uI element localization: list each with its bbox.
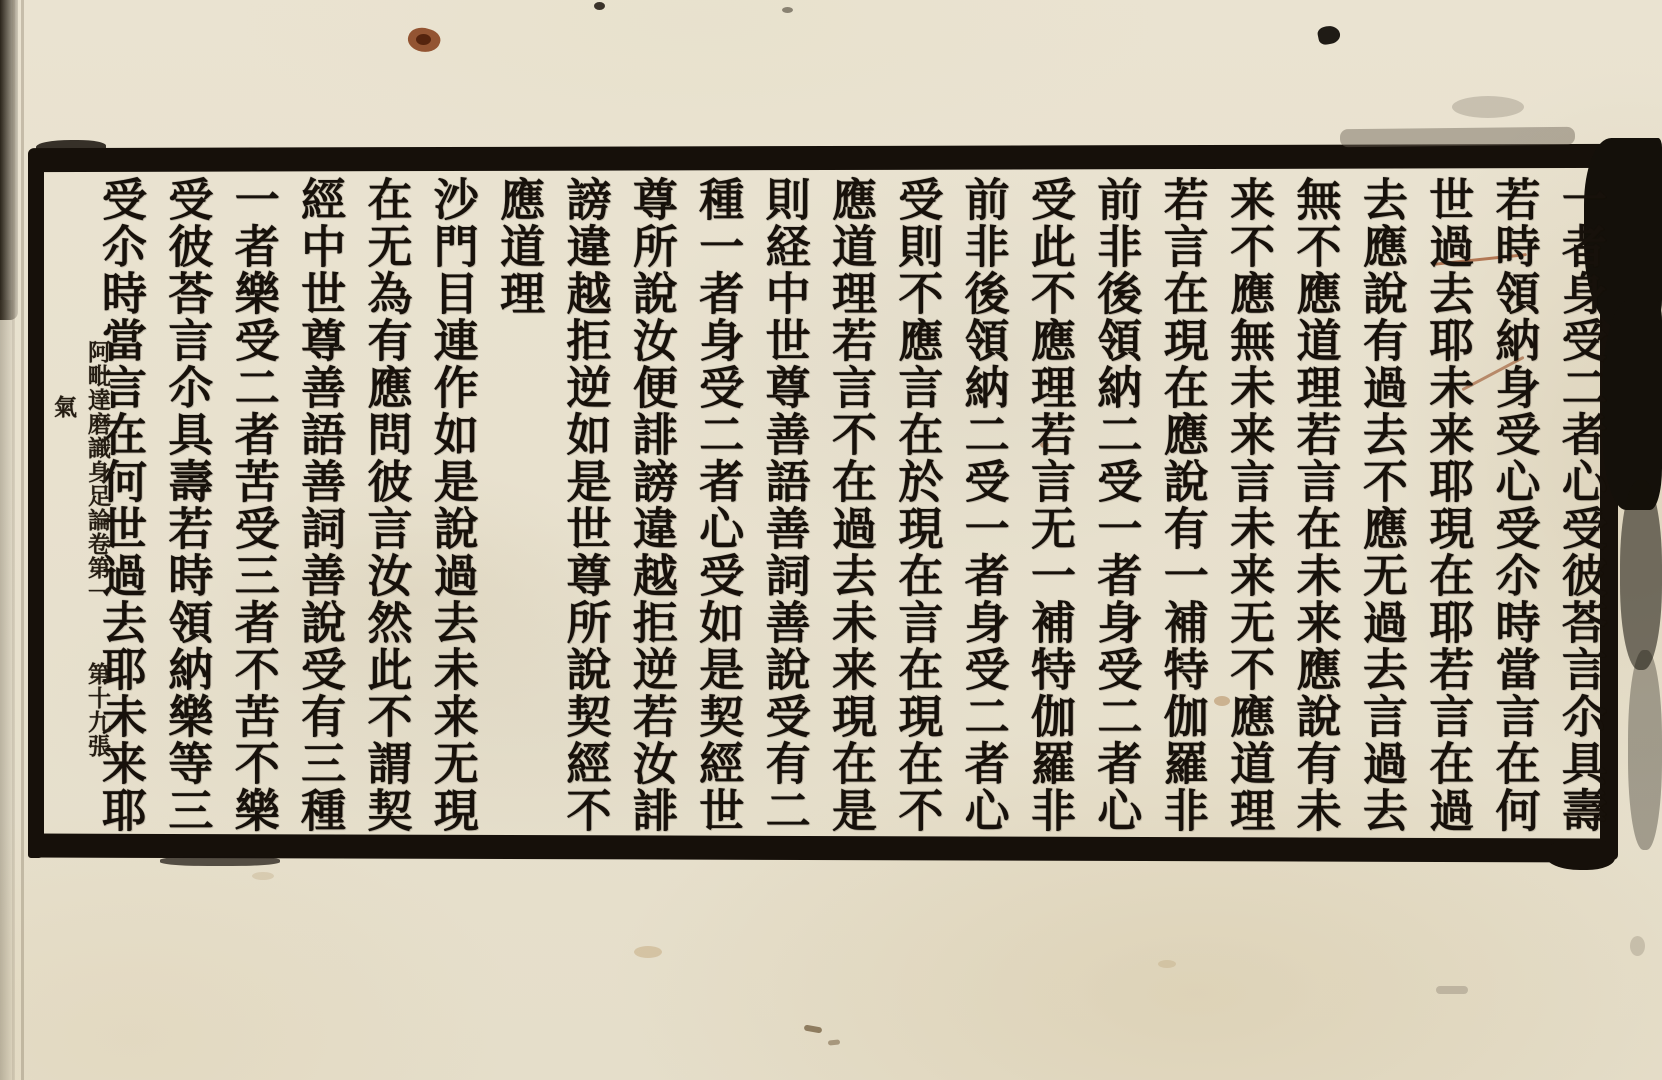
frame-border-lump xyxy=(36,140,106,154)
text-column-15: 尊所說汝便誹謗違越拒逆若汝誹 xyxy=(623,176,679,838)
ink-speck xyxy=(782,7,793,13)
text-column-10: 前非後領納二受一者身受二者心 xyxy=(955,176,1011,838)
text-column-8: 前非後領納二受一者身受二者心 xyxy=(1087,176,1143,838)
ink-speck xyxy=(1316,24,1341,46)
paper-crease xyxy=(12,0,15,1080)
frame-border-top xyxy=(28,144,1620,172)
frame-border-lump xyxy=(1545,840,1615,870)
ink-blotch xyxy=(1628,650,1662,850)
text-column-4: 去應說有過去不應无過去言過去 xyxy=(1353,176,1409,838)
text-column-22: 受彼荅言尒具壽若時領納樂等三 xyxy=(158,176,214,838)
ink-dash xyxy=(1630,936,1645,956)
text-column-6: 来不應無未来言未来无不應道理 xyxy=(1220,176,1276,838)
text-column-7: 若言在現在應說有一補特伽羅非 xyxy=(1154,176,1210,838)
colophon-column: 阿毗達磨識身足論卷第一 第十九張 氣 xyxy=(46,340,114,840)
text-column-12: 應道理若言不在過去未来現在是 xyxy=(822,176,878,838)
text-column-9: 受此不應理若言无一補特伽羅非 xyxy=(1021,176,1077,838)
text-column-2: 若時領納身受心受尒時當言在何 xyxy=(1486,176,1542,838)
text-column-19: 在无為有應問彼言汝然此不謂契 xyxy=(357,176,413,838)
ink-smudge xyxy=(1340,127,1575,147)
ink-dash xyxy=(804,1024,823,1033)
text-column-14: 種一者身受二者心受如是契經世 xyxy=(689,176,745,838)
ink-speck xyxy=(594,2,605,10)
text-column-21: 一者樂受二者苦受三者不苦不樂 xyxy=(225,176,281,838)
ink-blotch xyxy=(1620,480,1662,670)
book-title: 阿毗達磨識身足論卷第一 xyxy=(84,340,111,604)
red-ink-spot-core xyxy=(416,34,431,45)
ink-smudge xyxy=(1452,96,1524,118)
paper-crease xyxy=(21,0,24,1080)
collation-mark: 氣 xyxy=(50,395,77,419)
sheet-number: 第十九張 xyxy=(84,662,111,758)
paper-stain xyxy=(1158,960,1176,968)
text-column-5: 無不應道理若言在未来應說有未 xyxy=(1286,176,1342,838)
ink-dash xyxy=(1436,986,1468,994)
text-column-3: 世過去耶未来耶現在耶若言在過 xyxy=(1419,176,1475,838)
frame-border-lump xyxy=(160,856,280,866)
paper-sheet: 一者身受二者心受彼荅言尒具壽 若時領納身受心受尒時當言在何 世過去耶未来耶現在耶… xyxy=(0,0,1662,1080)
text-column-18: 沙門目連作如是說過去未来无現 xyxy=(424,176,480,838)
paper-stain xyxy=(634,946,662,958)
ink-dash xyxy=(828,1039,840,1045)
text-column-16: 謗違越拒逆如是世尊所說契經不 xyxy=(557,176,613,838)
page-edge-shadow-top xyxy=(0,0,18,320)
text-column-1: 一者身受二者心受彼荅言尒具壽 xyxy=(1552,176,1608,838)
ink-blotch xyxy=(1602,300,1662,510)
paper-stain xyxy=(252,872,274,880)
frame-border-left xyxy=(28,150,44,858)
text-column-20: 經中世尊善語善詞善說受有三種 xyxy=(291,176,347,838)
sutra-text-block: 一者身受二者心受彼荅言尒具壽 若時領納身受心受尒時當言在何 世過去耶未来耶現在耶… xyxy=(92,176,1608,838)
text-column-13: 則経中世尊善語善詞善說受有二 xyxy=(756,176,812,838)
text-column-11: 受則不應言在於現在言在現在不 xyxy=(888,176,944,838)
text-column-17: 應道理 xyxy=(490,176,546,838)
